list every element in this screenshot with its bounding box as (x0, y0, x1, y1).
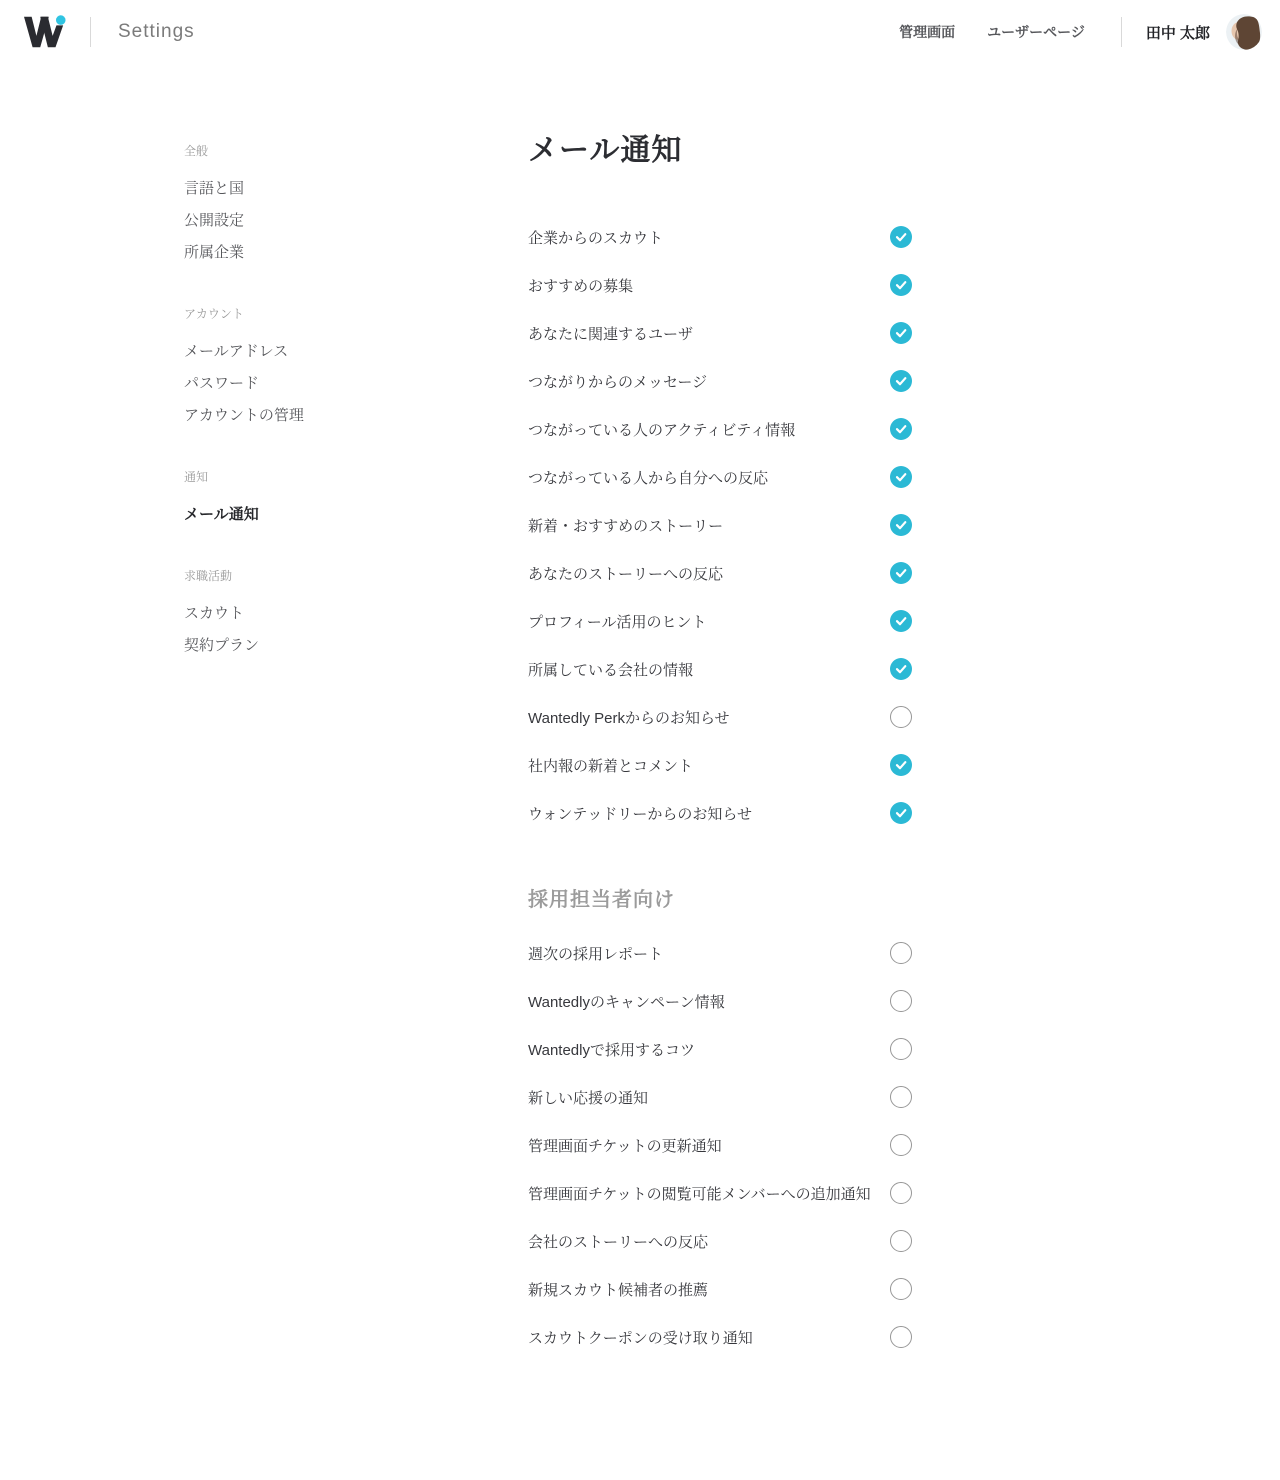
check-icon (894, 758, 908, 772)
setting-label: つながりからのメッセージ (528, 371, 707, 392)
logo-dot (56, 15, 66, 25)
setting-label: 企業からのスカウト (528, 227, 663, 248)
wantedly-w-icon (24, 14, 66, 50)
setting-label: 社内報の新着とコメント (528, 755, 693, 776)
user-avatar[interactable] (1226, 14, 1262, 50)
main-panel: メール通知 企業からのスカウト おすすめの募集 あなたに関連するユーザ つながり… (528, 64, 912, 1361)
toggle-checkbox[interactable] (890, 466, 912, 488)
recruiter-section-heading: 採用担当者向け (528, 887, 912, 913)
check-icon (894, 422, 908, 436)
setting-label: 管理画面チケットの更新通知 (528, 1135, 722, 1156)
header-right: 管理画面 ユーザーページ 田中 太郎 (899, 14, 1262, 50)
setting-row: プロフィール活用のヒント (528, 597, 912, 645)
check-icon (894, 662, 908, 676)
setting-label: 新規スカウト候補者の推薦 (528, 1279, 708, 1300)
sidebar-item[interactable]: 所属企業 (184, 237, 528, 269)
setting-row: 新しい応援の通知 (528, 1073, 912, 1121)
sidebar: 全般 言語と国 公開設定 所属企業 アカウント メールアドレス パスワード アカ… (184, 64, 528, 1361)
toggle-checkbox[interactable] (890, 942, 912, 964)
toggle-checkbox[interactable] (890, 610, 912, 632)
setting-row: あなたに関連するユーザ (528, 309, 912, 357)
setting-row: 企業からのスカウト (528, 213, 912, 261)
sidebar-section: 通知 メール通知 (184, 468, 528, 531)
check-icon (894, 566, 908, 580)
sidebar-section-label: アカウント (184, 305, 528, 322)
toggle-checkbox[interactable] (890, 1278, 912, 1300)
toggle-checkbox[interactable] (890, 562, 912, 584)
setting-row: 新着・おすすめのストーリー (528, 501, 912, 549)
sidebar-item[interactable]: メール通知 (184, 499, 528, 531)
setting-row: Wantedly Perkからのお知らせ (528, 693, 912, 741)
sidebar-item-list: メールアドレス パスワード アカウントの管理 (184, 336, 528, 432)
setting-row: スカウトクーポンの受け取り通知 (528, 1313, 912, 1361)
sidebar-item-list: スカウト 契約プラン (184, 598, 528, 662)
setting-label: Wantedly Perkからのお知らせ (528, 707, 730, 728)
setting-row: おすすめの募集 (528, 261, 912, 309)
setting-row: 週次の採用レポート (528, 929, 912, 977)
sidebar-section-label: 通知 (184, 468, 528, 485)
sidebar-item[interactable]: 公開設定 (184, 205, 528, 237)
toggle-checkbox[interactable] (890, 1038, 912, 1060)
setting-row: 所属している会社の情報 (528, 645, 912, 693)
content: 全般 言語と国 公開設定 所属企業 アカウント メールアドレス パスワード アカ… (0, 64, 1280, 1361)
setting-label: ウォンテッドリーからのお知らせ (528, 803, 752, 824)
setting-row: 新規スカウト候補者の推薦 (528, 1265, 912, 1313)
setting-row: ウォンテッドリーからのお知らせ (528, 789, 912, 837)
toggle-checkbox[interactable] (890, 1326, 912, 1348)
setting-label: 新しい応援の通知 (528, 1087, 648, 1108)
setting-label: つながっている人のアクティビティ情報 (528, 419, 795, 440)
toggle-checkbox[interactable] (890, 990, 912, 1012)
toggle-checkbox[interactable] (890, 370, 912, 392)
toggle-checkbox[interactable] (890, 274, 912, 296)
setting-row: つながっている人のアクティビティ情報 (528, 405, 912, 453)
setting-label: Wantedlyのキャンペーン情報 (528, 991, 725, 1012)
toggle-checkbox[interactable] (890, 802, 912, 824)
setting-label: スカウトクーポンの受け取り通知 (528, 1327, 753, 1348)
sidebar-section: 全般 言語と国 公開設定 所属企業 (184, 142, 528, 269)
sidebar-section-label: 全般 (184, 142, 528, 159)
toggle-checkbox[interactable] (890, 322, 912, 344)
toggle-checkbox[interactable] (890, 1230, 912, 1252)
setting-label: つながっている人から自分への反応 (528, 467, 768, 488)
setting-label: あなたに関連するユーザ (528, 323, 693, 344)
check-icon (894, 614, 908, 628)
setting-label: 会社のストーリーへの反応 (528, 1231, 708, 1252)
sidebar-item-list: 言語と国 公開設定 所属企業 (184, 173, 528, 269)
toggle-checkbox[interactable] (890, 754, 912, 776)
sidebar-section: アカウント メールアドレス パスワード アカウントの管理 (184, 305, 528, 432)
setting-row: Wantedlyのキャンペーン情報 (528, 977, 912, 1025)
header-divider (90, 17, 91, 47)
setting-row: あなたのストーリーへの反応 (528, 549, 912, 597)
toggle-checkbox[interactable] (890, 658, 912, 680)
recruiter-settings-list: 週次の採用レポート Wantedlyのキャンペーン情報 Wantedlyで採用す… (528, 929, 912, 1361)
sidebar-item[interactable]: 言語と国 (184, 173, 528, 205)
sidebar-section: 求職活動 スカウト 契約プラン (184, 567, 528, 662)
setting-row: つながりからのメッセージ (528, 357, 912, 405)
header: Settings 管理画面 ユーザーページ 田中 太郎 (0, 0, 1280, 64)
setting-row: 社内報の新着とコメント (528, 741, 912, 789)
sidebar-section-label: 求職活動 (184, 567, 528, 584)
sidebar-item[interactable]: アカウントの管理 (184, 400, 528, 432)
nav-link-userpage[interactable]: ユーザーページ (987, 22, 1085, 42)
toggle-checkbox[interactable] (890, 418, 912, 440)
sidebar-item[interactable]: パスワード (184, 368, 528, 400)
setting-label: 新着・おすすめのストーリー (528, 515, 723, 536)
sidebar-item-list: メール通知 (184, 499, 528, 531)
setting-label: プロフィール活用のヒント (528, 611, 707, 632)
check-icon (894, 374, 908, 388)
toggle-checkbox[interactable] (890, 514, 912, 536)
check-icon (894, 470, 908, 484)
check-icon (894, 518, 908, 532)
toggle-checkbox[interactable] (890, 1086, 912, 1108)
sidebar-item[interactable]: スカウト (184, 598, 528, 630)
toggle-checkbox[interactable] (890, 1134, 912, 1156)
check-icon (894, 806, 908, 820)
setting-row: つながっている人から自分への反応 (528, 453, 912, 501)
setting-label: おすすめの募集 (528, 275, 633, 296)
check-icon (894, 278, 908, 292)
check-icon (894, 230, 908, 244)
check-icon (894, 326, 908, 340)
setting-label: 所属している会社の情報 (528, 659, 693, 680)
setting-row: Wantedlyで採用するコツ (528, 1025, 912, 1073)
toggle-checkbox[interactable] (890, 226, 912, 248)
setting-row: 管理画面チケットの閲覧可能メンバーへの追加通知 (528, 1169, 912, 1217)
user-settings-list: 企業からのスカウト おすすめの募集 あなたに関連するユーザ つながりからのメッセ… (528, 213, 912, 837)
user-name[interactable]: 田中 太郎 (1146, 22, 1210, 43)
page-title: メール通知 (528, 133, 912, 169)
toggle-checkbox[interactable] (890, 706, 912, 728)
wantedly-logo[interactable] (24, 14, 66, 50)
user-divider (1121, 17, 1122, 47)
setting-label: 管理画面チケットの閲覧可能メンバーへの追加通知 (528, 1183, 871, 1204)
setting-label: Wantedlyで採用するコツ (528, 1039, 695, 1060)
setting-label: 週次の採用レポート (528, 943, 663, 964)
nav-link-admin[interactable]: 管理画面 (899, 22, 955, 42)
sidebar-item[interactable]: メールアドレス (184, 336, 528, 368)
setting-row: 会社のストーリーへの反応 (528, 1217, 912, 1265)
toggle-checkbox[interactable] (890, 1182, 912, 1204)
sidebar-item[interactable]: 契約プラン (184, 630, 528, 662)
setting-label: あなたのストーリーへの反応 (528, 563, 723, 584)
setting-row: 管理画面チケットの更新通知 (528, 1121, 912, 1169)
app-title: Settings (118, 21, 195, 43)
